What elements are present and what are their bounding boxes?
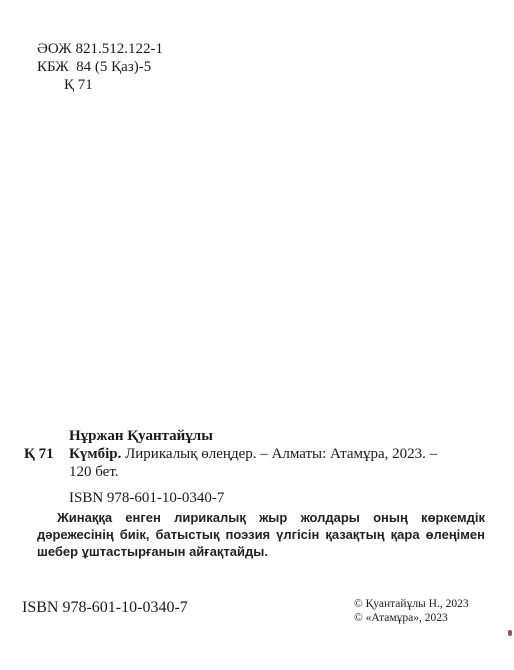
copyright-author: © Қуантайұлы Н., 2023: [354, 597, 469, 611]
title-line: Күмбір. Лирикалық өлеңдер. – Алматы: Ата…: [69, 445, 437, 463]
author-name: Нұржан Қуантайұлы: [69, 427, 213, 445]
author-code-top: Қ 71: [64, 76, 93, 94]
bbk-code: КБЖ 84 (5 Қаз)-5: [37, 58, 151, 76]
book-title: Күмбір.: [69, 446, 121, 462]
author-code-side: Қ 71: [24, 445, 54, 463]
isbn-footer: ISBN 978-601-10-0340-7: [22, 599, 188, 617]
book-description: Лирикалық өлеңдер. – Алматы: Атамұра, 20…: [121, 446, 437, 462]
scan-artifact: [508, 630, 512, 636]
annotation: Жинаққа енген лирикалық жыр жолдары оның…: [37, 509, 485, 560]
copyright-publisher: © «Атамұра», 2023: [354, 611, 448, 625]
isbn-main: ISBN 978-601-10-0340-7: [69, 489, 224, 507]
udk-code: ӘОЖ 821.512.122-1: [37, 40, 163, 58]
page-count: 120 бет.: [69, 463, 119, 481]
annotation-text: Жинаққа енген лирикалық жыр жолдары оның…: [37, 509, 485, 560]
